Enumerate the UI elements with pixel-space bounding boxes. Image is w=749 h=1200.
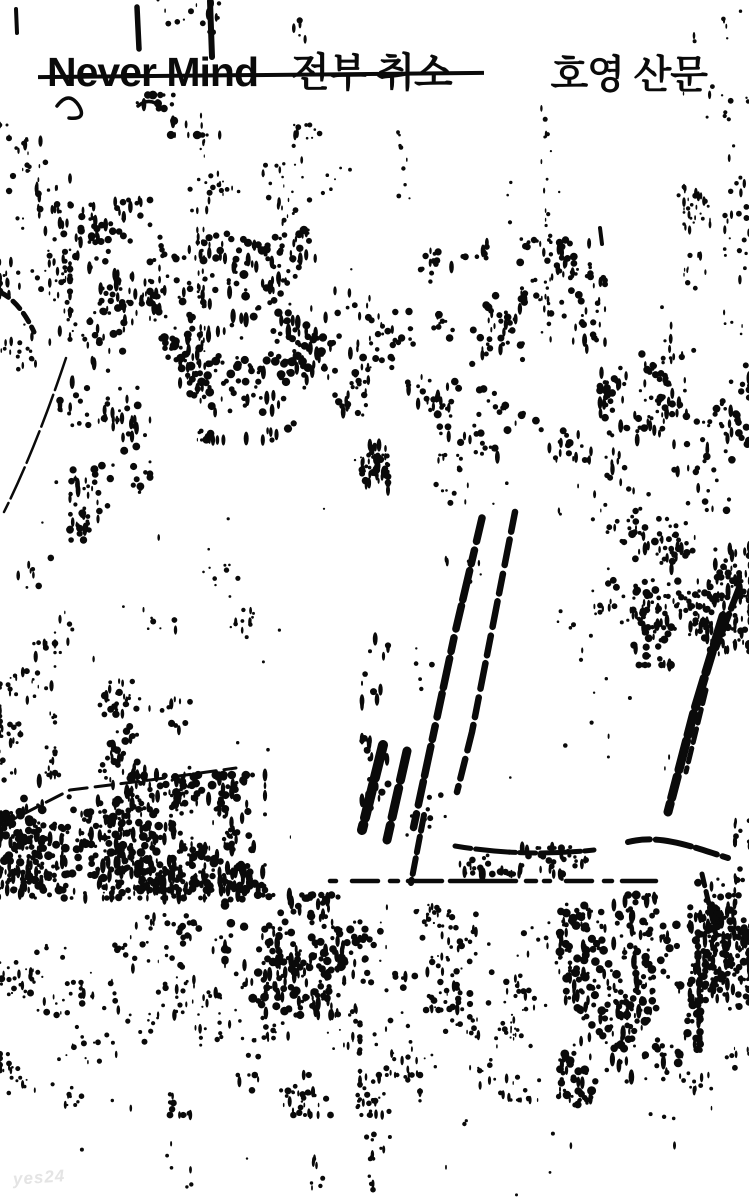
cover-art [0, 0, 749, 1200]
book-author: 호영 산문 [550, 56, 707, 95]
book-title-english: Never Mind [47, 49, 258, 95]
stroke-mid-tick [600, 228, 602, 244]
book-cover: yes24 Never Mind전부 취소 호영 산문 [0, 0, 749, 1200]
title-bar: Never Mind전부 취소 호영 산문 [0, 0, 749, 130]
watermark-yes24: yes24 [12, 1166, 66, 1190]
